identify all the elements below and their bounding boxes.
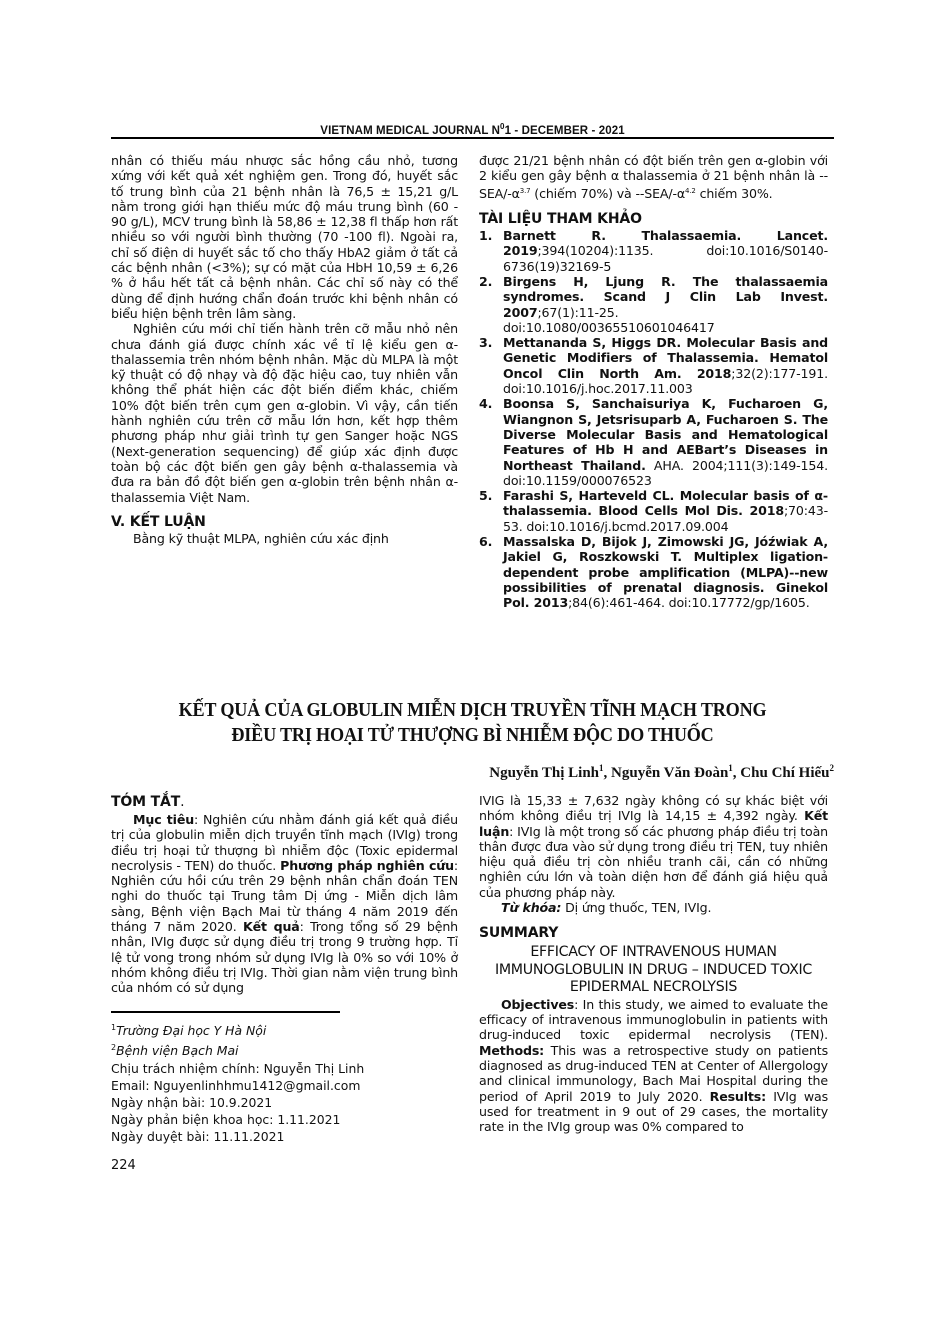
- author-separator: ,: [604, 765, 612, 781]
- corresponding-author: Chịu trách nhiệm chính: Nguyễn Thị Linh: [111, 1060, 441, 1077]
- prev-paragraph-2: Nghiên cứu mới chỉ tiến hành trên cỡ mẫu…: [111, 321, 458, 505]
- abstract-vi-left-column: TÓM TẮT. Mục tiêu: Nghiên cứu nhằm đánh …: [111, 793, 458, 996]
- prev-paragraph-3: Bằng kỹ thuật MLPA, nghiên cứu xác định: [111, 531, 458, 546]
- conclusion-text-c: chiếm 30%.: [696, 186, 773, 201]
- methods-label-en: Methods:: [479, 1043, 544, 1058]
- objectives-label: Objectives: [501, 997, 574, 1012]
- ref-number: 6.: [479, 534, 492, 549]
- abstract-en-paragraph: Objectives: In this study, we aimed to e…: [479, 997, 828, 1135]
- abstract-heading-dot: .: [180, 794, 184, 810]
- results-label: Kết quả: [243, 919, 300, 934]
- ref-number: 1.: [479, 228, 492, 243]
- ref-year: 2013: [534, 595, 568, 610]
- ref-details: ;394(10204):1135. doi:10.1016/S0140-6736…: [503, 243, 828, 273]
- summary-heading: SUMMARY: [479, 924, 828, 942]
- reference-item: 1.Barnett R. Thalassaemia. Lancet. 2019;…: [479, 228, 828, 274]
- reference-item: 5.Farashi S, Harteveld CL. Molecular bas…: [479, 488, 828, 534]
- ref-year: 2019: [503, 243, 537, 258]
- ref-year: 2007: [503, 305, 537, 320]
- ref-year: 2018: [750, 503, 784, 518]
- summary-title: EFFICACY OF INTRAVENOUS HUMAN IMMUNOGLOB…: [479, 944, 828, 997]
- abstract-vi-paragraph: Mục tiêu: Nghiên cứu nhằm đánh giá kết q…: [111, 812, 458, 996]
- objective-label: Mục tiêu: [133, 812, 194, 827]
- section-heading-conclusion: V. KẾT LUẬN: [111, 513, 458, 531]
- affiliation-2: 2Bệnh viện Bạch Mai: [111, 1039, 441, 1059]
- results-label-en: Results:: [710, 1089, 766, 1104]
- author-affiliation: 2: [830, 763, 835, 773]
- conclusion-text-b: (chiếm 70%) và --SEA/-α: [530, 186, 685, 201]
- footnote-rule: [111, 1011, 340, 1013]
- reference-item: 4.Boonsa S, Sanchaisuriya K, Fucharoen G…: [479, 396, 828, 488]
- abstract-right-column: IVIG là 15,33 ± 7,632 ngày không có sự k…: [479, 793, 828, 1135]
- keywords: Từ khóa: Dị ứng thuốc, TEN, IVIg.: [479, 900, 828, 915]
- author-name: Chu Chí Hiếu: [740, 765, 829, 781]
- ref-title: Birgens H, Ljung R. The thalassaemia syn…: [503, 274, 828, 304]
- footnotes: 1Trường Đại học Y Hà Nội 2Bệnh viện Bạch…: [111, 1019, 441, 1146]
- review-date: Ngày phản biện khoa học: 1.11.2021: [111, 1111, 441, 1128]
- received-date: Ngày nhận bài: 10.9.2021: [111, 1094, 441, 1111]
- article-title-line-2: ĐIỀU TRỊ HOẠI TỬ THƯỢNG BÌ NHIỄM ĐỘC DO …: [136, 723, 808, 748]
- ref-number: 4.: [479, 396, 492, 411]
- prev-conclusion-continued: được 21/21 bệnh nhân có đột biến trên ge…: [479, 153, 828, 201]
- prev-article-left-column: nhân có thiếu máu nhược sắc hồng cầu nhỏ…: [111, 153, 458, 546]
- author-name: Nguyễn Thị Linh: [489, 765, 599, 781]
- affiliation-1: 1Trường Đại học Y Hà Nội: [111, 1019, 441, 1039]
- ref-number: 2.: [479, 274, 492, 289]
- abstract-heading: TÓM TẮT.: [111, 793, 458, 811]
- references-heading: TÀI LIỆU THAM KHẢO: [479, 210, 828, 228]
- prev-paragraph-1: nhân có thiếu máu nhược sắc hồng cầu nhỏ…: [111, 153, 458, 321]
- keywords-text: Dị ứng thuốc, TEN, IVIg.: [561, 900, 711, 915]
- issue-date: 1 - DECEMBER - 2021: [505, 125, 625, 137]
- reference-item: 2.Birgens H, Ljung R. The thalassaemia s…: [479, 274, 828, 335]
- affiliation-2-text: Bệnh viện Bạch Mai: [116, 1043, 238, 1058]
- ref-details: ;84(6):461-464. doi:10.17772/gp/1605.: [568, 595, 810, 610]
- email[interactable]: Email: Nguyenlinhhmu1412@gmail.com: [111, 1077, 441, 1094]
- running-header: VIETNAM MEDICAL JOURNAL N01 - DECEMBER -…: [111, 122, 834, 137]
- ref-number: 5.: [479, 488, 492, 503]
- abstract-heading-text: TÓM TẮT: [111, 794, 180, 810]
- abstract-vi-continued: IVIG là 15,33 ± 7,632 ngày không có sự k…: [479, 793, 828, 900]
- ref-title: Barnett R. Thalassaemia. Lancet.: [503, 228, 828, 243]
- prev-article-right-column: được 21/21 bệnh nhân có đột biến trên ge…: [479, 153, 828, 611]
- reference-item: 3.Mettananda S, Higgs DR. Molecular Basi…: [479, 335, 828, 396]
- genotype-sup-1: 3.7: [520, 187, 531, 195]
- keywords-label: Từ khóa:: [501, 900, 561, 915]
- header-rule: [111, 137, 834, 139]
- author-name: Nguyễn Văn Đoàn: [611, 765, 728, 781]
- affiliation-1-text: Trường Đại học Y Hà Nội: [116, 1023, 266, 1038]
- reference-item: 6.Massalska D, Bijok J, Zimowski JG, Jóź…: [479, 534, 828, 610]
- article-title-line-1: KẾT QUẢ CỦA GLOBULIN MIỄN DỊCH TRUYỀN TĨ…: [136, 698, 808, 723]
- page-number: 224: [111, 1158, 136, 1173]
- ref-year: 2018: [697, 366, 731, 381]
- author-list: Nguyễn Thị Linh1, Nguyễn Văn Đoàn1, Chu …: [489, 763, 834, 782]
- journal-name: VIETNAM MEDICAL JOURNAL N: [320, 125, 500, 137]
- accepted-date: Ngày duyệt bài: 11.11.2021: [111, 1128, 441, 1145]
- references-list: 1.Barnett R. Thalassaemia. Lancet. 2019;…: [479, 228, 828, 610]
- article-title: KẾT QUẢ CỦA GLOBULIN MIỄN DỊCH TRUYỀN TĨ…: [136, 698, 808, 748]
- ref-number: 3.: [479, 335, 492, 350]
- genotype-sup-2: 4.2: [685, 187, 696, 195]
- methods-label: Phương pháp nghiên cứu: [280, 858, 454, 873]
